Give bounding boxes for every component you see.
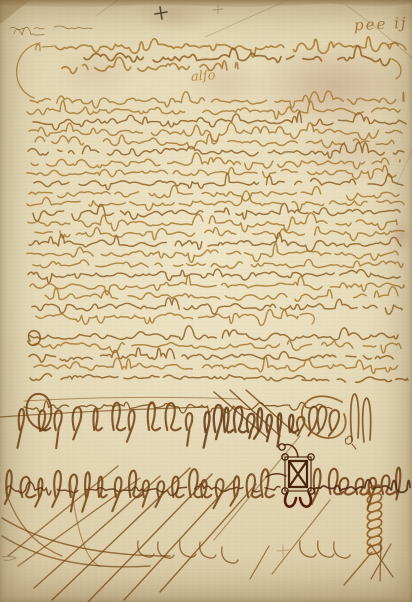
flourish-strokes — [0, 5, 406, 602]
handwriting-art — [0, 0, 412, 602]
age-spots — [14, 133, 393, 564]
signature-flourishes — [5, 377, 410, 554]
bottom-hook-marks — [138, 541, 350, 563]
main-text-script — [27, 91, 406, 325]
manuscript-page: pee ij alſo — [0, 0, 412, 602]
opening-paragraph-script — [56, 37, 398, 74]
second-paragraph-script — [29, 326, 401, 381]
folio-mark: pee ij — [354, 14, 408, 35]
marginal-note-script — [10, 26, 92, 35]
notarial-monogram — [266, 444, 314, 507]
center-word-abbreviation: alſo — [191, 68, 217, 85]
